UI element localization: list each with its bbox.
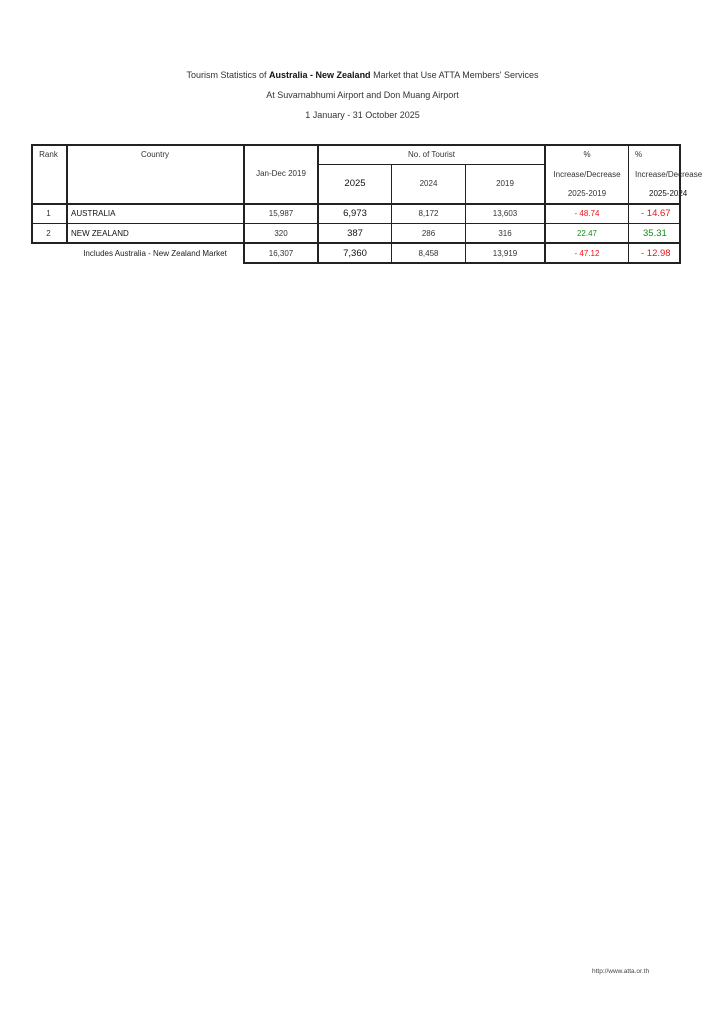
header-range-2025-2024: 2025-2024 [629, 185, 709, 201]
row-rank: 1 [31, 204, 66, 223]
header-2024: 2024 [392, 164, 465, 203]
table-border-right [679, 144, 681, 264]
title-prefix: Tourism Statistics of [187, 70, 270, 80]
row-pct-2025-2019: - 48.74 [545, 204, 629, 223]
row-2025: 387 [318, 223, 392, 243]
total-jan-dec-2019: 16,307 [244, 243, 318, 263]
table-border-bottom [244, 262, 681, 264]
row-country: NEW ZEALAND [66, 223, 244, 243]
row-rank: 2 [31, 223, 66, 243]
total-pct-2025-2024: - 12.98 [629, 243, 709, 263]
total-label: Includes Australia - New Zealand Market [66, 243, 244, 263]
table-subheader-line [318, 164, 545, 165]
row-2024: 286 [392, 223, 465, 243]
row-2025: 6,973 [318, 204, 392, 223]
header-no-of-tourist: No. of Tourist [318, 144, 545, 164]
header-2019: 2019 [465, 164, 545, 203]
table-row-divider [31, 223, 681, 224]
row-pct-2025-2024: 35.31 [629, 223, 709, 243]
table-header-bottom [31, 203, 681, 205]
header-country: Country [66, 146, 244, 162]
page-subtitle: At Suvarnabhumi Airport and Don Muang Ai… [0, 90, 725, 100]
title-market: Australia - New Zealand [269, 70, 371, 80]
row-2019: 316 [465, 223, 545, 243]
report-period: 1 January - 31 October 2025 [0, 110, 725, 120]
divider-2019total-tourist [317, 144, 319, 264]
header-range-2025-2019: 2025-2019 [545, 185, 629, 201]
row-jan-dec-2019: 320 [244, 223, 318, 243]
row-2019: 13,603 [465, 204, 545, 223]
total-2025: 7,360 [318, 243, 392, 263]
table-border-top [31, 144, 681, 146]
divider-country-2019total [243, 144, 245, 264]
divider-2025-2024 [391, 164, 392, 264]
header-2025: 2025 [318, 164, 392, 203]
divider-2024-2019 [465, 164, 466, 264]
header-pct-symbol-2024: % [629, 146, 680, 162]
title-suffix: Market that Use ATTA Members' Services [371, 70, 539, 80]
total-pct-2025-2019: - 47.12 [545, 243, 629, 263]
row-pct-2025-2019: 22.47 [545, 223, 629, 243]
table-rows-bottom [31, 242, 681, 244]
total-2019: 13,919 [465, 243, 545, 263]
header-increase-decrease-2024: Increase/Decrease [629, 166, 709, 182]
table-border-left [31, 144, 33, 244]
header-increase-decrease-2019: Increase/Decrease [545, 166, 629, 182]
header-pct-symbol-2019: % [545, 146, 629, 162]
divider-rank-country [66, 144, 68, 244]
row-2024: 8,172 [392, 204, 465, 223]
footer-url[interactable]: http://www.atta.or.th [592, 968, 649, 975]
row-country: AUSTRALIA [66, 204, 244, 223]
divider-pct-pct [628, 144, 629, 264]
page-title: Tourism Statistics of Australia - New Ze… [0, 70, 725, 80]
header-rank: Rank [31, 146, 66, 162]
divider-tourist-pct [544, 144, 546, 264]
row-jan-dec-2019: 15,987 [244, 204, 318, 223]
header-jan-dec-2019: Jan-Dec 2019 [244, 144, 318, 203]
total-2024: 8,458 [392, 243, 465, 263]
row-pct-2025-2024: - 14.67 [629, 204, 709, 223]
